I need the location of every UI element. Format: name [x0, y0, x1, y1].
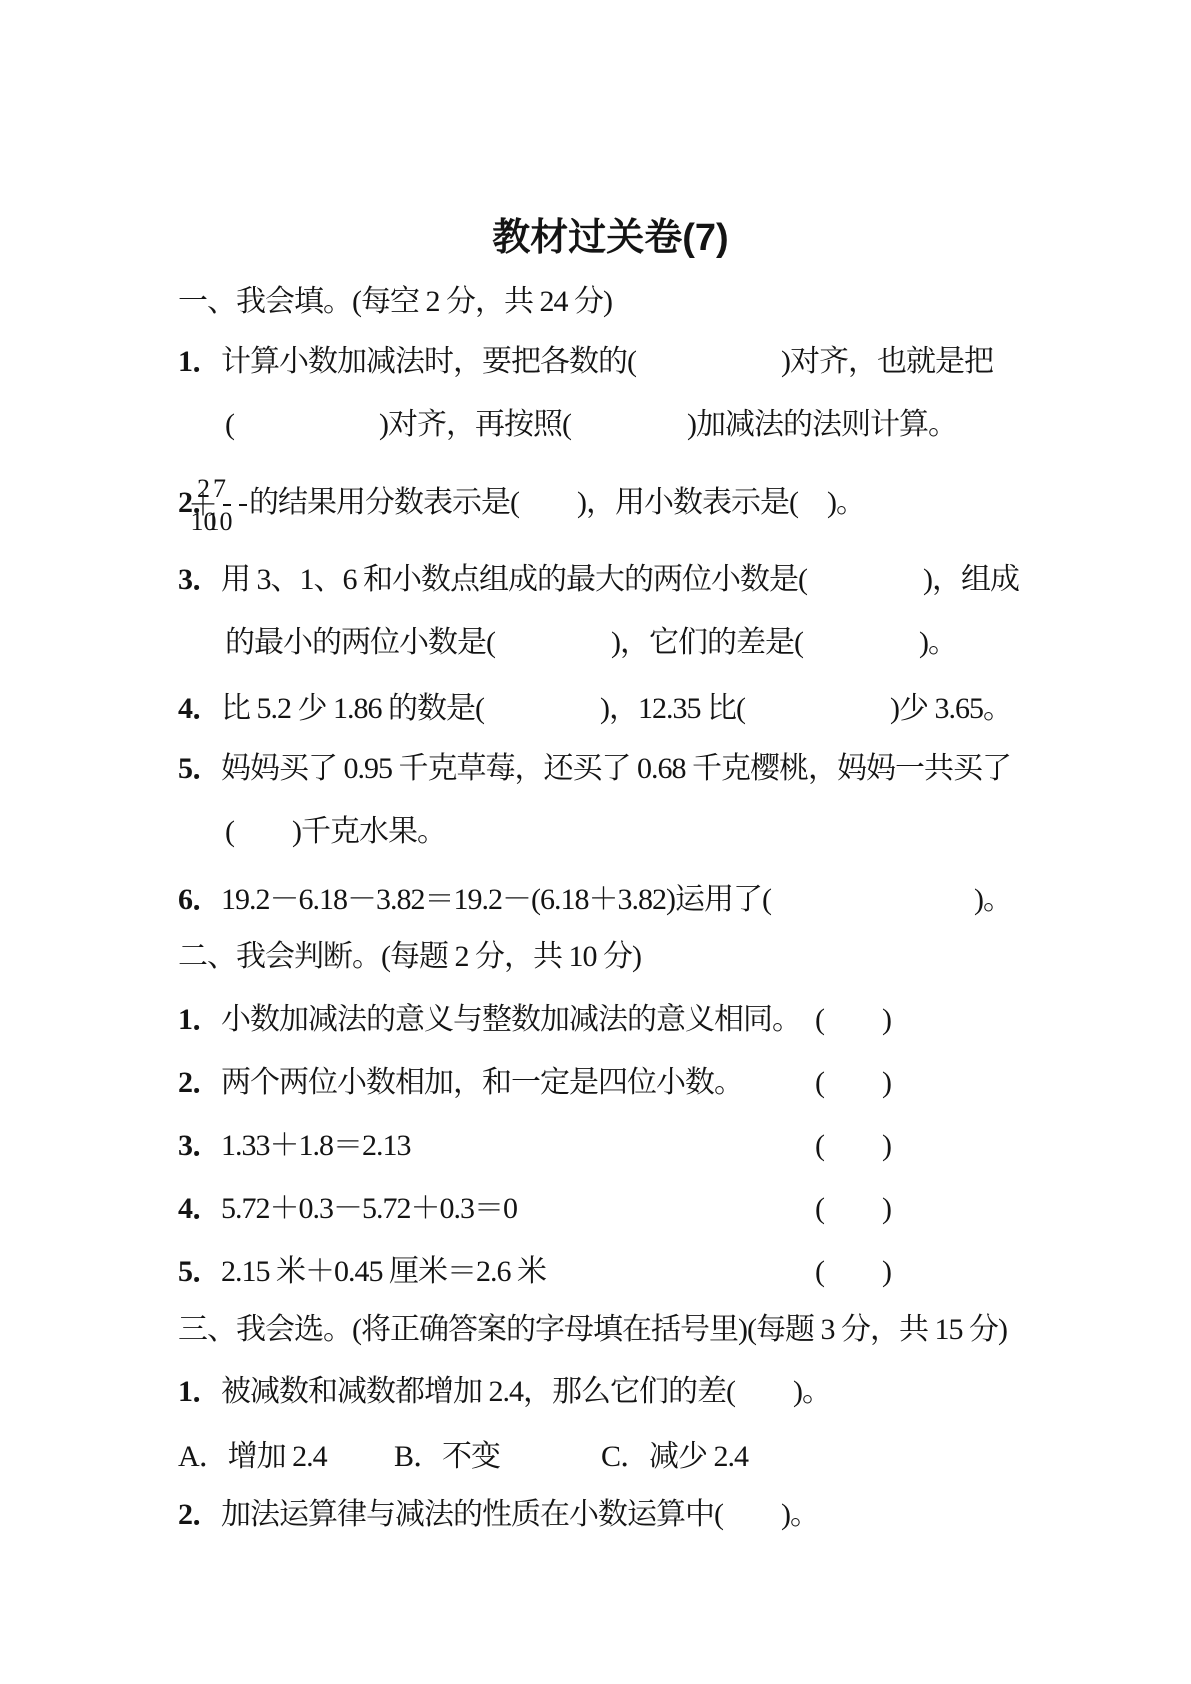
judge-item-4: 4．5.72＋0.3－5.72＋0.3＝0( ): [178, 1177, 1090, 1240]
question-line-1: 加法运算律与减法的性质在小数运算中( )。: [221, 1498, 819, 1531]
section-choice-header: 三、我会选。(将正确答案的字母填在括号里)(每题 3 分，共 15 分): [178, 1298, 1043, 1361]
answer-parentheses: ( ): [815, 1114, 891, 1177]
question-number: 2．: [178, 1066, 221, 1099]
fill-question-6: 6．19.2－6.18－3.82＝19.2－(6.18＋3.82)运用了( )。: [178, 868, 1090, 931]
question-line-1: 比 5.2 少 1.86 的数是( )，12.35 比( )少 3.65。: [221, 692, 1012, 725]
question-line-1: 用 3、1、6 和小数点组成的最大的两位小数是( )，组成: [221, 563, 1019, 596]
page-title: 教材过关卷(7): [178, 213, 1043, 263]
judge-text: 小数加减法的意义与整数加减法的意义相同。: [221, 1003, 801, 1036]
choice-question-2: 2．加法运算律与减法的性质在小数运算中( )。: [178, 1483, 1090, 1546]
judge-item-3: 3．1.33＋1.8＝2.13( ): [178, 1114, 1090, 1177]
question-line-2: ( )千克水果。: [225, 815, 446, 848]
question-number: 4．: [178, 1192, 221, 1225]
judge-text: 2.15 米＋0.45 厘米＝2.6 米: [221, 1255, 546, 1288]
question-number: 5．: [178, 1255, 221, 1288]
fraction: 710: [239, 475, 247, 536]
question-number: 3．: [178, 1129, 221, 1162]
fill-question-3: 3．用 3、1、6 和小数点组成的最大的两位小数是( )，组成的最小的两位小数是…: [178, 548, 1090, 674]
answer-parentheses: ( ): [815, 1240, 891, 1303]
option-b: B．不变: [394, 1425, 601, 1488]
question-number: 2．: [178, 1498, 221, 1531]
option-c: C．减少 2.4: [601, 1425, 748, 1488]
question-line-2: 的最小的两位小数是( )，它们的差是( )。: [225, 626, 957, 659]
question-number: 1．: [178, 1375, 221, 1408]
question-line-2: ( )对齐，再按照( )加减法的法则计算。: [225, 408, 957, 441]
fraction-numerator: 7: [239, 475, 247, 504]
question-line-1: 计算小数加减法时，要把各数的( )对齐，也就是把: [221, 345, 993, 378]
option-a: A．增加 2.4: [178, 1425, 394, 1488]
judge-text: 1.33＋1.8＝2.13: [221, 1129, 411, 1162]
question-number: 1．: [178, 345, 221, 378]
judge-text: 两个两位小数相加，和一定是四位小数。: [221, 1066, 743, 1099]
question-line-1: 被减数和减数都增加 2.4，那么它们的差( )。: [221, 1375, 831, 1408]
worksheet-content: 教材过关卷(7) 一、我会填。(每空 2 分，共 24 分) 1．计算小数加减法…: [178, 0, 1043, 1684]
question-line-1: 19.2－6.18－3.82＝19.2－(6.18＋3.82)运用了( )。: [221, 883, 1012, 916]
fill-question-4: 4．比 5.2 少 1.86 的数是( )，12.35 比( )少 3.65。: [178, 677, 1090, 740]
section-fill-header: 一、我会填。(每空 2 分，共 24 分): [178, 270, 1043, 333]
question-number: 4．: [178, 692, 221, 725]
fill-question-2: 2．210＋710的结果用分数表示是( )，用小数表示是( )。: [178, 471, 1090, 537]
choice-options: A．增加 2.4B．不变C．减少 2.4: [178, 1425, 1090, 1488]
fill-question-5: 5．妈妈买了 0.95 千克草莓，还买了 0.68 千克樱桃，妈妈一共买了( )…: [178, 737, 1090, 863]
question-number: 3．: [178, 563, 221, 596]
answer-parentheses: ( ): [815, 1051, 891, 1114]
worksheet-page: 教材过关卷(7) 一、我会填。(每空 2 分，共 24 分) 1．计算小数加减法…: [0, 0, 1191, 1684]
fraction-denominator: 10: [239, 504, 247, 535]
answer-parentheses: ( ): [815, 1177, 891, 1240]
question-number: 1．: [178, 1003, 221, 1036]
question-number: 5．: [178, 752, 221, 785]
judge-item-1: 1．小数加减法的意义与整数加减法的意义相同。( ): [178, 988, 1090, 1051]
judge-item-2: 2．两个两位小数相加，和一定是四位小数。( ): [178, 1051, 1090, 1114]
judge-text: 5.72＋0.3－5.72＋0.3＝0: [221, 1192, 517, 1225]
question-line-1: 妈妈买了 0.95 千克草莓，还买了 0.68 千克樱桃，妈妈一共买了: [221, 752, 1011, 785]
answer-parentheses: ( ): [815, 988, 891, 1051]
fill-question-1: 1．计算小数加减法时，要把各数的( )对齐，也就是把( )对齐，再按照( )加减…: [178, 330, 1090, 456]
judge-item-5: 5．2.15 米＋0.45 厘米＝2.6 米( ): [178, 1240, 1090, 1303]
section-judge-header: 二、我会判断。(每题 2 分，共 10 分): [178, 925, 1043, 988]
choice-question-1: 1．被减数和减数都增加 2.4，那么它们的差( )。: [178, 1360, 1090, 1423]
question-line-1: 的结果用分数表示是( )，用小数表示是( )。: [249, 486, 865, 519]
question-number: 6．: [178, 883, 221, 916]
